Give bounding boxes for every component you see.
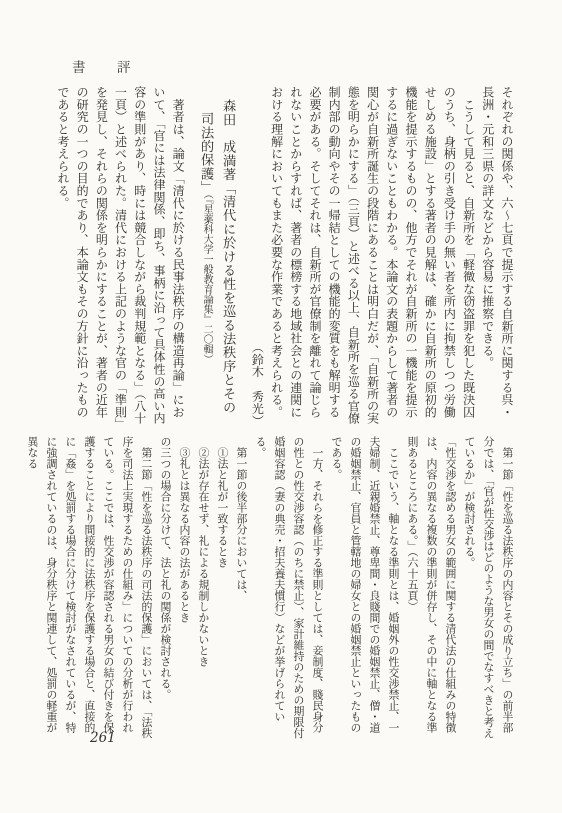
paragraph: ここでいう、軸となる準則とは、婚姻外の性交渉禁止、一夫婦制、近親婚禁止、尊卑間・… [326, 436, 402, 739]
review2-upper-paragraphs: 著者は、論文「清代に於ける民事法秩序の構造再論」において、「官には法律関係、即ち… [53, 86, 187, 427]
running-head: 書 評 [72, 56, 140, 76]
paragraph: ③礼とは異なる内容の法があるとき [174, 436, 193, 739]
paragraph: 「性交渉を認める男女の範囲に関する清代法の仕組みの特徴は、内容の異なる複数の準則… [402, 436, 459, 739]
paragraph: ①法と礼が一致するとき [212, 436, 231, 739]
paragraph: ②法が存在せず、礼による規制しかないとき [193, 436, 212, 739]
paragraph: 一方、それらを修正する準則としては、妾制度、賤民身分の性との性交渉容認（のちに禁… [250, 436, 326, 739]
paragraph: 第一節「性を巡る法秩序の内容とその成り立ち」の前半部分では、「官が性交渉はどのよ… [459, 436, 516, 739]
paragraph: こうして見ると、自新所を「軽微な窃盗罪を犯した既決囚のうち、身柄の引き受け手の無… [266, 86, 477, 427]
book-review-page: 書 評 それぞれの関係や、六〜七頁で提示する自新所に関する呉・長洲・元和三県の詳… [0, 0, 562, 813]
lower-text-block: 第一節「性を巡る法秩序の内容とその成り立ち」の前半部分では、「官が性交渉はどのよ… [20, 436, 516, 739]
upper-text-block: それぞれの関係や、六〜七頁で提示する自新所に関する呉・長洲・元和三県の詳文などか… [20, 86, 516, 427]
review2-lower-paragraphs: 第一節「性を巡る法秩序の内容とその成り立ち」の前半部分では、「官が性交渉はどのよ… [22, 436, 516, 739]
paragraph: それぞれの関係や、六〜七頁で提示する自新所に関する呉・長洲・元和三県の詳文などか… [478, 86, 516, 427]
review2-title-source: （『星薬科大学一般教育論集』二〇輯） [201, 194, 212, 364]
page-number: 261 [90, 730, 116, 746]
paragraph: 第二節「性を巡る法秩序の司法的保護」においては、「法秩序を司法上実現するための仕… [22, 436, 155, 739]
paragraph: の三つの場合に分けて、法と礼の関係が検討される。 [155, 436, 174, 739]
paragraph: 著者は、論文「清代に於ける民事法秩序の構造再論」において、「官には法律関係、即ち… [53, 86, 187, 427]
review2-title: 森田 成満著「清代に於ける性を巡る法秩序とその司法的保護」（『星薬科大学一般教育… [195, 86, 239, 427]
reviewer-signature: （鈴木 秀光） [247, 86, 266, 427]
review1-end-paragraphs: それぞれの関係や、六〜七頁で提示する自新所に関する呉・長洲・元和三県の詳文などか… [266, 86, 516, 427]
paragraph: 第一節の後半部分においては、 [231, 436, 250, 739]
